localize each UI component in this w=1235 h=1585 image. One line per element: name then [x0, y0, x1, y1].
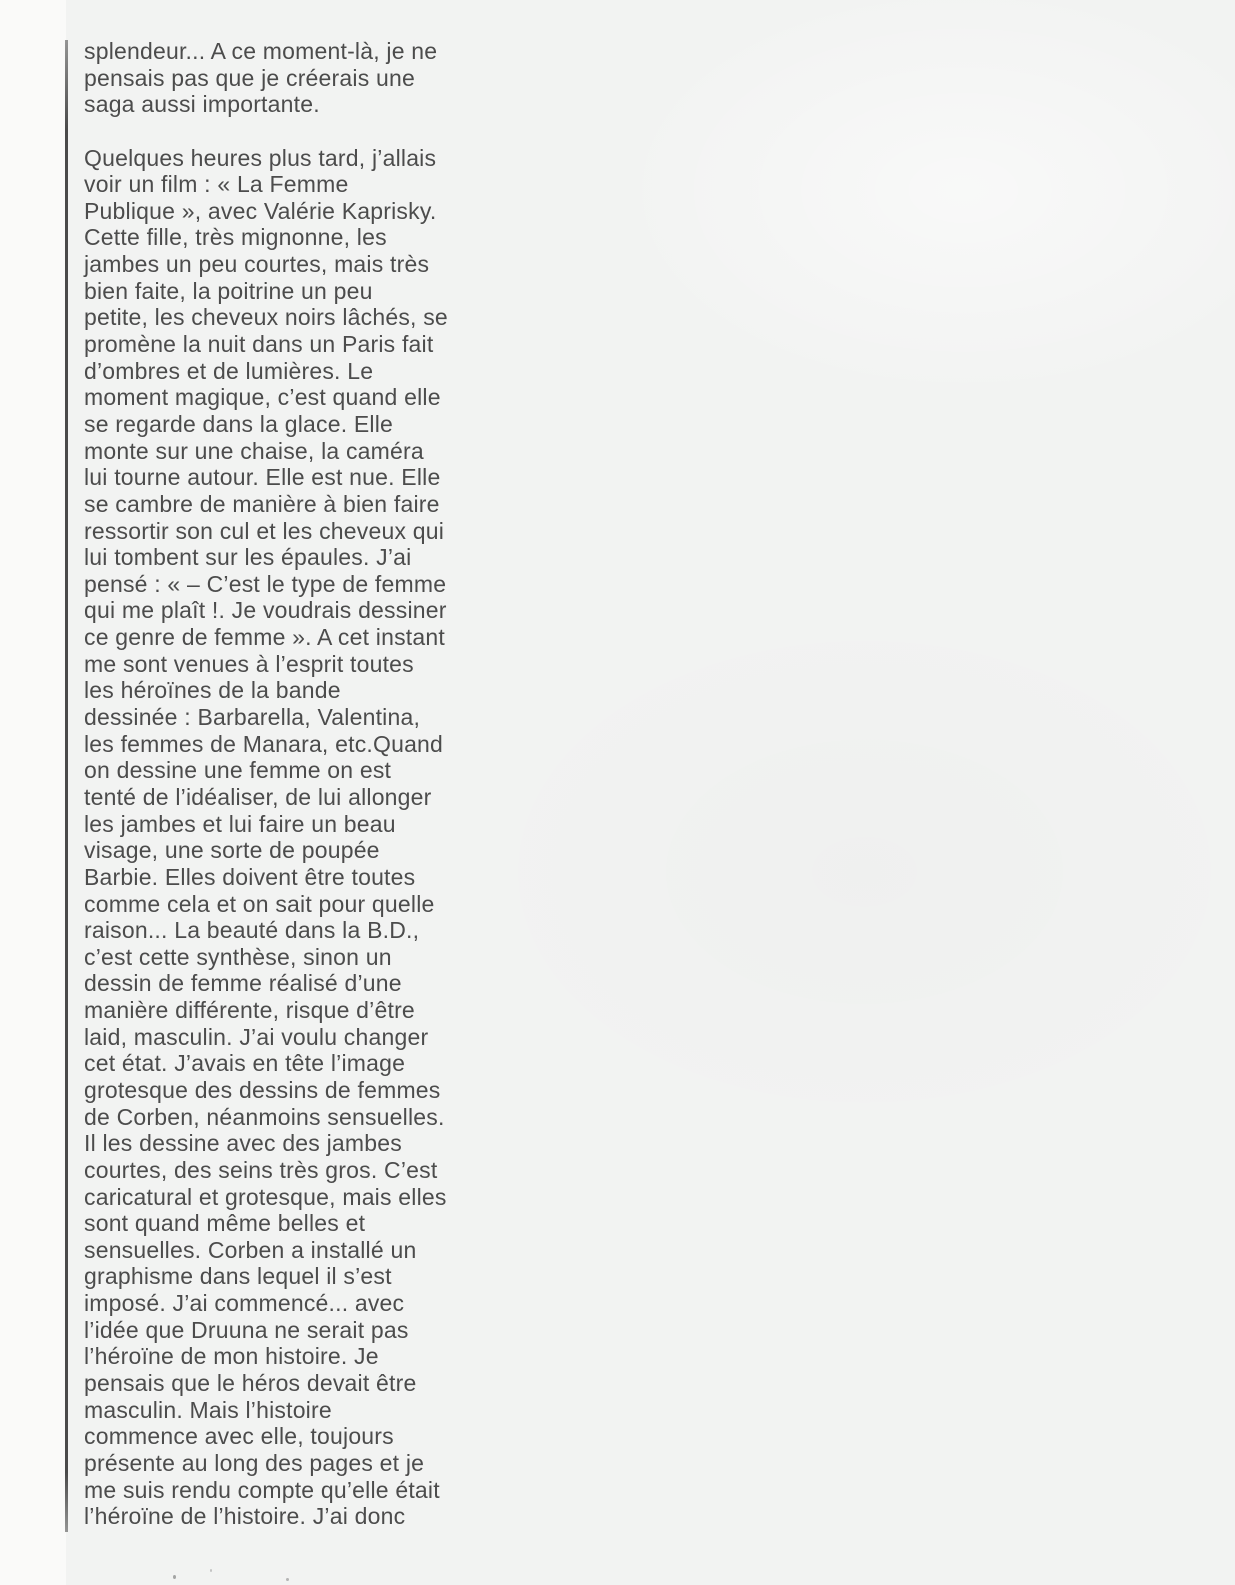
text-line: monte sur une chaise, la caméra	[84, 438, 514, 465]
text-line: dessinée : Barbarella, Valentina,	[84, 704, 514, 731]
text-line: pensais pas que je créerais une	[84, 65, 514, 92]
text-line: pensé : « – C’est le type de femme	[84, 571, 514, 598]
text-line: l’idée que Druuna ne serait pas	[84, 1317, 514, 1344]
text-line: se cambre de manière à bien faire	[84, 491, 514, 518]
scanned-page: splendeur... A ce moment-là, je nepensai…	[0, 0, 1235, 1585]
text-line: dessin de femme réalisé d’une	[84, 970, 514, 997]
text-line: saga aussi importante.	[84, 91, 514, 118]
text-line: moment magique, c’est quand elle	[84, 384, 514, 411]
paragraph: splendeur... A ce moment-là, je nepensai…	[84, 38, 514, 118]
text-line: splendeur... A ce moment-là, je ne	[84, 38, 514, 65]
text-line: les héroïnes de la bande	[84, 677, 514, 704]
text-line: se regarde dans la glace. Elle	[84, 411, 514, 438]
text-line: promène la nuit dans un Paris fait	[84, 331, 514, 358]
text-line: Il les dessine avec des jambes	[84, 1130, 514, 1157]
text-line: Cette fille, très mignonne, les	[84, 224, 514, 251]
text-line: présente au long des pages et je	[84, 1450, 514, 1477]
text-line: masculin. Mais l’histoire	[84, 1397, 514, 1424]
text-line: laid, masculin. J’ai voulu changer	[84, 1024, 514, 1051]
text-line: caricatural et grotesque, mais elles	[84, 1184, 514, 1211]
text-line: ce genre de femme ». A cet instant	[84, 624, 514, 651]
text-line: graphisme dans lequel il s’est	[84, 1263, 514, 1290]
scan-speck	[286, 1578, 289, 1581]
text-line: comme cela et on sait pour quelle	[84, 891, 514, 918]
scan-speck	[173, 1575, 176, 1579]
text-line: ressortir son cul et les cheveux qui	[84, 518, 514, 545]
text-line: cet état. J’avais en tête l’image	[84, 1050, 514, 1077]
text-line: grotesque des dessins de femmes	[84, 1077, 514, 1104]
text-line: pensais que le héros devait être	[84, 1370, 514, 1397]
text-line: les femmes de Manara, etc.Quand	[84, 731, 514, 758]
text-line: Barbie. Elles doivent être toutes	[84, 864, 514, 891]
text-line: l’héroïne de l’histoire. J’ai donc	[84, 1503, 514, 1530]
text-line: raison... La beauté dans la B.D.,	[84, 917, 514, 944]
text-line: me sont venues à l’esprit toutes	[84, 651, 514, 678]
text-line: lui tourne autour. Elle est nue. Elle	[84, 464, 514, 491]
text-line: lui tombent sur les épaules. J’ai	[84, 544, 514, 571]
text-line: sensuelles. Corben a installé un	[84, 1237, 514, 1264]
text-line: de Corben, néanmoins sensuelles.	[84, 1104, 514, 1131]
text-line: visage, une sorte de poupée	[84, 837, 514, 864]
text-line: Quelques heures plus tard, j’allais	[84, 145, 514, 172]
text-line: petite, les cheveux noirs lâchés, se	[84, 304, 514, 331]
scan-speck	[210, 1569, 212, 1572]
text-line: tenté de l’idéaliser, de lui allonger	[84, 784, 514, 811]
text-line: d’ombres et de lumières. Le	[84, 358, 514, 385]
text-line: commence avec elle, toujours	[84, 1423, 514, 1450]
text-line: jambes un peu courtes, mais très	[84, 251, 514, 278]
text-line: voir un film : « La Femme	[84, 171, 514, 198]
text-line: sont quand même belles et	[84, 1210, 514, 1237]
text-line: manière différente, risque d’être	[84, 997, 514, 1024]
text-line: l’héroïne de mon histoire. Je	[84, 1343, 514, 1370]
text-line: c’est cette synthèse, sinon un	[84, 944, 514, 971]
text-line: bien faite, la poitrine un peu	[84, 278, 514, 305]
paragraph: Quelques heures plus tard, j’allaisvoir …	[84, 145, 514, 1530]
text-line: Publique », avec Valérie Kaprisky.	[84, 198, 514, 225]
text-line: qui me plaît !. Je voudrais dessiner	[84, 597, 514, 624]
text-line: imposé. J’ai commencé... avec	[84, 1290, 514, 1317]
page-left-margin	[0, 0, 66, 1585]
text-line: me suis rendu compte qu’elle était	[84, 1477, 514, 1504]
text-line: courtes, des seins très gros. C’est	[84, 1157, 514, 1184]
text-line: les jambes et lui faire un beau	[84, 811, 514, 838]
article-text-column: splendeur... A ce moment-là, je nepensai…	[84, 38, 514, 1557]
text-line: on dessine une femme on est	[84, 757, 514, 784]
column-rule	[65, 40, 68, 1532]
